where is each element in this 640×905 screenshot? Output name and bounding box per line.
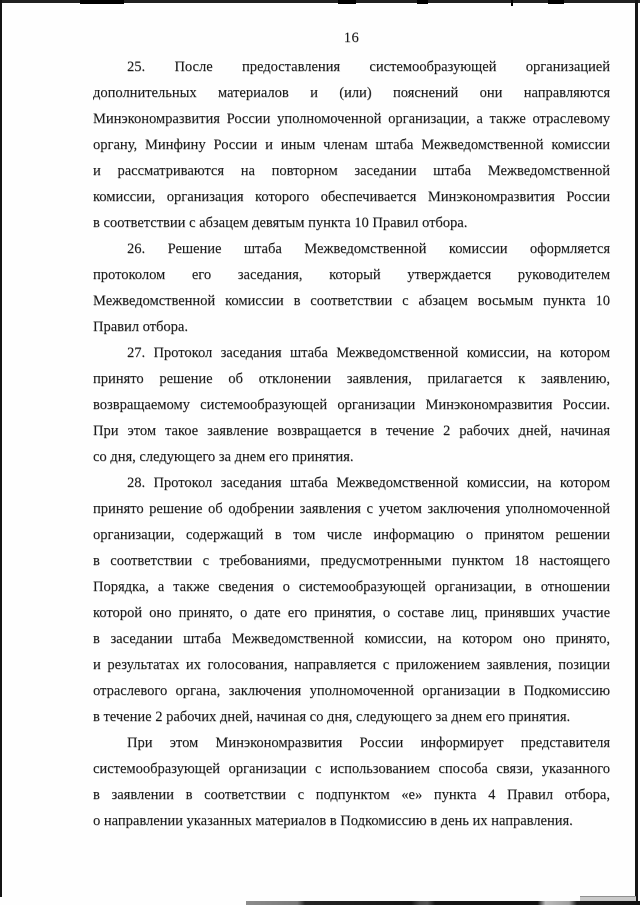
text-line: со дня, следующего за днем его принятия. xyxy=(93,444,610,470)
scan-artifact xyxy=(338,0,356,4)
text-line: Порядка, а также сведения о системообраз… xyxy=(93,574,610,600)
scan-artifact xyxy=(80,0,124,4)
text-line: системообразующей организации с использо… xyxy=(93,756,610,782)
text-line: в соответствии с требованиями, предусмот… xyxy=(93,548,610,574)
text-line: 28. Протокол заседания штаба Межведомств… xyxy=(93,470,610,496)
document-body: 25. После предоставления системообразующ… xyxy=(93,54,610,834)
text-line: о направлении указанных материалов в Под… xyxy=(93,808,610,834)
text-line: принято решение об одобрении заявления с… xyxy=(93,496,610,522)
text-line: в заявлении в соответствии с подпунктом … xyxy=(93,782,610,808)
text-line: в соответствии с абзацем девятым пункта … xyxy=(93,210,610,236)
text-line: отраслевого органа, заключения уполномоч… xyxy=(93,678,610,704)
text-line: организации, содержащий в том числе инфо… xyxy=(93,522,610,548)
scan-edge-right xyxy=(635,0,638,905)
text-line: Межведомственной комиссии в соответствии… xyxy=(93,288,610,314)
scan-edge-left xyxy=(0,0,2,897)
scan-artifact-bottom-bar xyxy=(246,901,640,905)
text-line: возвращаемому системообразующей организа… xyxy=(93,392,610,418)
text-line: При этом такое заявление возвращается в … xyxy=(93,418,610,444)
page-number: 16 xyxy=(93,29,610,47)
text-line: Правил отбора. xyxy=(93,314,610,340)
text-line: принято решение об отклонении заявления,… xyxy=(93,366,610,392)
text-line: в течение 2 рабочих дней, начиная со дня… xyxy=(93,704,610,730)
paragraph: 28. Протокол заседания штаба Межведомств… xyxy=(93,470,610,730)
document-page: 16 25. После предоставления системообраз… xyxy=(0,0,640,905)
text-line: органу, Минфину России и иным членам шта… xyxy=(93,132,610,158)
text-line: дополнительных материалов и (или) поясне… xyxy=(93,80,610,106)
text-line: 27. Протокол заседания штаба Межведомств… xyxy=(93,340,610,366)
paragraph: 27. Протокол заседания штаба Межведомств… xyxy=(93,340,610,470)
text-line: комиссии, организация которого обеспечив… xyxy=(93,184,610,210)
text-line: в заседании штаба Межведомственной комис… xyxy=(93,626,610,652)
text-line: которой оно принято, о дате его принятия… xyxy=(93,600,610,626)
text-line: При этом Минэкономразвития России информ… xyxy=(93,730,610,756)
text-line: и рассматриваются на повторном заседании… xyxy=(93,158,610,184)
paragraph: 25. После предоставления системообразующ… xyxy=(93,54,610,236)
paragraph: 26. Решение штаба Межведомственной комис… xyxy=(93,236,610,340)
text-line: 25. После предоставления системообразующ… xyxy=(93,54,610,80)
text-line: Минэкономразвития России уполномоченной … xyxy=(93,106,610,132)
scan-artifact xyxy=(511,0,513,6)
text-line: 26. Решение штаба Межведомственной комис… xyxy=(93,236,610,262)
scan-artifact xyxy=(417,0,428,4)
paragraph: При этом Минэкономразвития России информ… xyxy=(93,730,610,834)
scan-artifact xyxy=(548,0,564,4)
text-line: и результатах их голосования, направляет… xyxy=(93,652,610,678)
text-line: протоколом его заседания, который утверж… xyxy=(93,262,610,288)
